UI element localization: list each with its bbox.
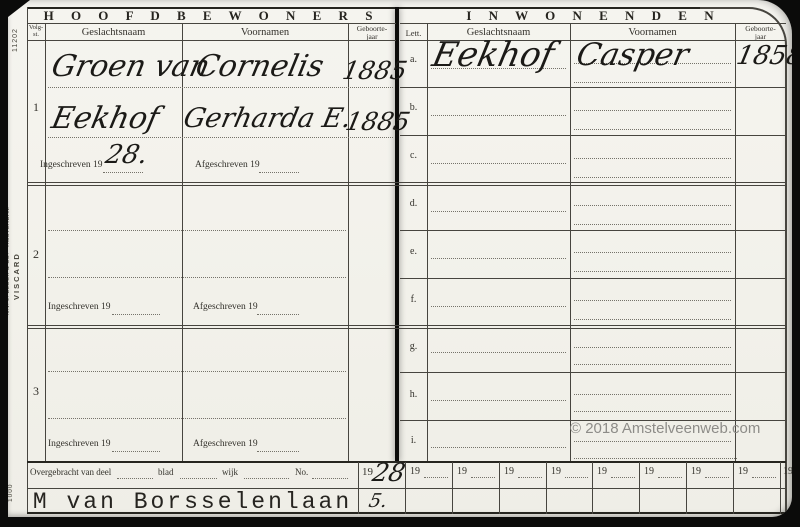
handwriting-year: 1885 bbox=[343, 109, 412, 134]
row-letter: h. bbox=[400, 390, 427, 401]
block-separator bbox=[27, 182, 786, 183]
write-line bbox=[574, 394, 731, 395]
handwriting-year: 1858 bbox=[734, 43, 792, 69]
deregistered-label: Afgeschreven 19 bbox=[193, 440, 258, 450]
col-header-firstnames-left: Voornamen bbox=[182, 27, 348, 38]
transfer-label-wijk: wijk bbox=[222, 468, 238, 477]
write-line bbox=[48, 137, 393, 138]
printer-stamp: N.V. J. BLOCH & CO. - AMSTERDAM bbox=[8, 207, 11, 315]
page-corner-fold-artifact bbox=[8, 0, 30, 17]
write-line bbox=[574, 458, 737, 459]
col-header-birthyear-right: Geboorte- jaar bbox=[735, 25, 786, 41]
brand-stamp: VISCARD bbox=[12, 252, 21, 300]
write-line bbox=[48, 230, 346, 231]
year-cell: 19 bbox=[691, 467, 701, 478]
col-header-birthyear-left: Geboorte- jaar bbox=[348, 25, 396, 41]
registered-label: Ingeschreven 19 bbox=[48, 440, 111, 450]
write-line bbox=[574, 319, 731, 320]
write-line bbox=[431, 447, 566, 448]
watermark-text: © 2018 Amstelveenweb.com bbox=[570, 420, 760, 437]
write-line bbox=[48, 87, 393, 88]
leader bbox=[257, 451, 299, 452]
transfer-label-no: No. bbox=[295, 468, 308, 477]
year-cell: 19 bbox=[551, 467, 561, 478]
leader bbox=[180, 478, 217, 479]
write-line bbox=[574, 441, 731, 442]
write-line bbox=[431, 352, 566, 353]
leader bbox=[658, 477, 682, 478]
transfer-label-deel: Overgebracht van deel bbox=[30, 468, 111, 477]
handwriting-bottom-year: 28 bbox=[370, 460, 407, 485]
leader bbox=[117, 478, 153, 479]
year-cell: 19 bbox=[738, 467, 748, 478]
row-separator bbox=[400, 135, 786, 136]
write-line bbox=[431, 400, 566, 401]
block-separator bbox=[27, 328, 786, 329]
leader bbox=[752, 477, 776, 478]
write-line bbox=[48, 418, 346, 419]
col-header-letter: Lett. bbox=[400, 29, 427, 38]
header-underline-left bbox=[27, 40, 396, 41]
leader bbox=[103, 172, 143, 173]
cell-rule bbox=[780, 462, 781, 514]
cell-rule bbox=[546, 462, 547, 514]
write-line bbox=[574, 224, 731, 225]
cell-rule bbox=[358, 462, 359, 514]
leader bbox=[611, 477, 635, 478]
right-section-title: I N W O N E N D E N bbox=[400, 9, 787, 23]
write-line bbox=[431, 306, 566, 307]
col-rule bbox=[348, 23, 349, 461]
leader bbox=[565, 477, 588, 478]
frame-right-rule bbox=[785, 60, 787, 513]
cell-rule bbox=[405, 462, 406, 514]
row-letter: c. bbox=[400, 151, 427, 162]
year-cell: 19 bbox=[783, 467, 792, 478]
write-line bbox=[574, 411, 731, 412]
year-cell: 19 bbox=[597, 467, 607, 478]
year-cell: 19 bbox=[644, 467, 654, 478]
col-rule bbox=[182, 23, 183, 461]
row-letter: d. bbox=[400, 199, 427, 210]
col-header-surname-left: Geslachtsnaam bbox=[45, 27, 182, 38]
row-letter: f. bbox=[400, 295, 427, 306]
deregistered-label: Afgeschreven 19 bbox=[193, 303, 258, 313]
row-separator bbox=[400, 230, 786, 231]
row-letter: e. bbox=[400, 247, 427, 258]
handwriting-surname: Eekhof bbox=[429, 38, 557, 72]
cell-rule bbox=[686, 462, 687, 514]
row-letter: i. bbox=[400, 436, 427, 447]
block-separator bbox=[27, 325, 786, 326]
write-line bbox=[431, 211, 566, 212]
col-rule bbox=[427, 23, 428, 461]
handwriting-registered-year: 28. bbox=[103, 142, 150, 168]
handwriting-surname: Eekhof bbox=[49, 104, 162, 134]
leader bbox=[705, 477, 729, 478]
block-number: 3 bbox=[27, 385, 45, 398]
leader bbox=[518, 477, 542, 478]
row-separator bbox=[400, 278, 786, 279]
leader bbox=[471, 477, 495, 478]
leader bbox=[244, 478, 289, 479]
write-line bbox=[431, 258, 566, 259]
cell-rule bbox=[499, 462, 500, 514]
leader bbox=[424, 477, 448, 478]
deregistered-label: Afgeschreven 19 bbox=[195, 161, 260, 171]
edition-stamp: 1000 bbox=[8, 484, 14, 502]
register-grid: H O O F D B E W O N E R S I N W O N E N … bbox=[8, 0, 792, 517]
handwriting-firstnames: Gerharda E. bbox=[181, 105, 354, 132]
registered-label: Ingeschreven 19 bbox=[40, 161, 103, 171]
row-separator bbox=[400, 372, 786, 373]
write-line bbox=[574, 300, 731, 301]
col-rule bbox=[45, 23, 46, 461]
write-line bbox=[574, 252, 731, 253]
title-underline-left bbox=[27, 23, 396, 24]
handwriting-house-number: 5. bbox=[367, 492, 389, 511]
handwriting-firstnames: Cornelis bbox=[193, 52, 326, 82]
form-serial-stamp: 11202 bbox=[12, 28, 19, 52]
col-rule bbox=[735, 23, 736, 461]
col-header-seq: Volg- st. bbox=[27, 25, 45, 39]
year-cell: 19 bbox=[410, 467, 420, 478]
cell-rule bbox=[452, 462, 453, 514]
block-number: 1 bbox=[27, 101, 45, 114]
cell-rule bbox=[639, 462, 640, 514]
year-cell: 19 bbox=[457, 467, 467, 478]
handwriting-firstnames: Casper bbox=[574, 40, 692, 71]
block-separator bbox=[27, 185, 786, 186]
write-line bbox=[48, 371, 346, 372]
year-cell: 19 bbox=[504, 467, 514, 478]
register-page-paper: H O O F D B E W O N E R S I N W O N E N … bbox=[8, 0, 792, 517]
row-letter: g. bbox=[400, 342, 427, 353]
leader bbox=[112, 451, 160, 452]
write-line bbox=[574, 158, 731, 159]
write-line bbox=[574, 205, 731, 206]
write-line bbox=[574, 110, 731, 111]
write-line bbox=[574, 82, 731, 83]
write-line bbox=[574, 347, 731, 348]
row-separator bbox=[400, 87, 786, 88]
seq-line2: st. bbox=[33, 31, 39, 38]
write-line bbox=[574, 129, 731, 130]
transfer-label-blad: blad bbox=[158, 468, 174, 477]
cell-rule bbox=[592, 462, 593, 514]
street-name-stamp: M van Borsselenlaan bbox=[27, 490, 358, 514]
handwriting-year: 1885 bbox=[340, 58, 409, 83]
handwriting-surname: Groen van bbox=[49, 52, 213, 82]
col-rule bbox=[570, 23, 571, 461]
leader bbox=[112, 314, 160, 315]
write-line bbox=[574, 177, 731, 178]
write-line bbox=[574, 271, 731, 272]
cell-rule bbox=[733, 462, 734, 514]
registered-label: Ingeschreven 19 bbox=[48, 303, 111, 313]
write-line bbox=[431, 163, 566, 164]
leader bbox=[257, 314, 299, 315]
title-underline-right bbox=[400, 23, 786, 24]
write-line bbox=[48, 277, 346, 278]
leader bbox=[312, 478, 348, 479]
leader bbox=[259, 172, 299, 173]
write-line bbox=[574, 364, 731, 365]
write-line bbox=[431, 115, 566, 116]
left-section-title: H O O F D B E W O N E R S bbox=[27, 9, 396, 23]
block-number: 2 bbox=[27, 248, 45, 261]
scanned-register-page: { "left": { "title": "H O O F D B E W O … bbox=[0, 0, 800, 527]
